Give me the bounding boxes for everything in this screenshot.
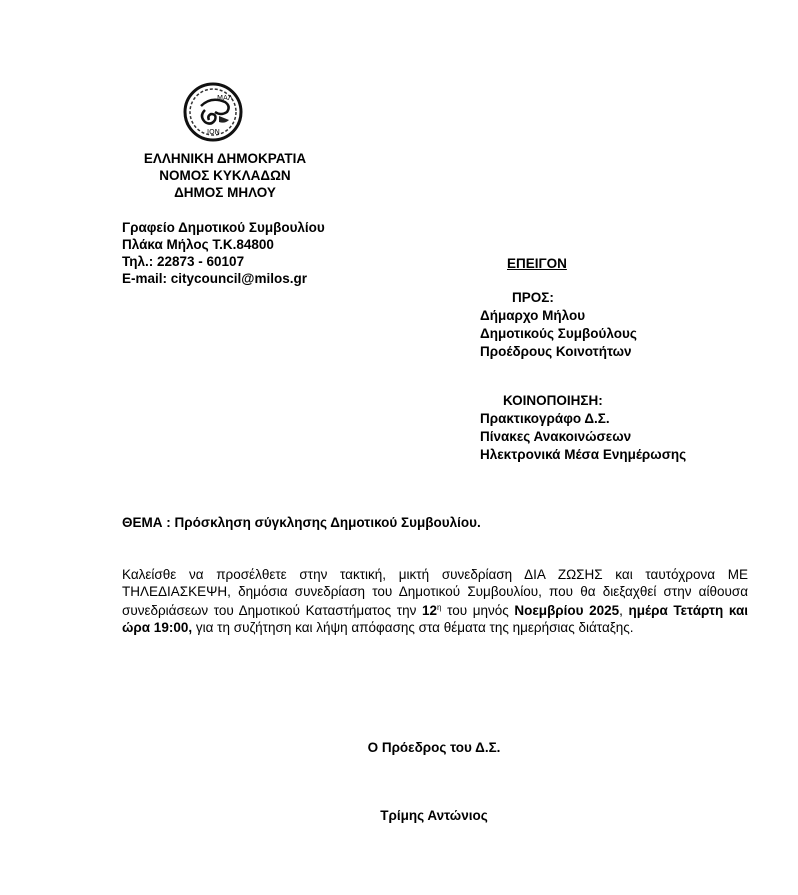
svg-text:ΙΟΝ: ΙΟΝ <box>207 128 220 136</box>
recipient-item: Δήμαρχο Μήλου <box>480 307 637 325</box>
office-phone: Τηλ.: 22873 - 60107 <box>122 253 325 270</box>
to-recipients: Δήμαρχο Μήλου Δημοτικούς Συμβούλους Προέ… <box>480 307 637 361</box>
municipality-name: ΔΗΜΟΣ ΜΗΛΟΥ <box>118 184 332 201</box>
body-text-3: , <box>619 603 628 618</box>
office-email: E-mail: citycouncil@milos.gr <box>122 270 325 287</box>
cc-item: Ηλεκτρονικά Μέσα Ενημέρωσης <box>480 446 686 464</box>
to-heading: ΠΡΟΣ: <box>512 290 554 305</box>
cc-item: Πρακτικογράφο Δ.Σ. <box>480 410 686 428</box>
svg-text:ΜΑΛ: ΜΑΛ <box>217 94 233 102</box>
signatory-name: Τρίμης Αντώνιος <box>0 808 798 823</box>
meeting-month-year: Νοεμβρίου 2025 <box>514 603 619 618</box>
office-name: Γραφείο Δημοτικού Συμβουλίου <box>122 219 325 236</box>
signatory-title: Ο Πρόεδρος του Δ.Σ. <box>0 740 798 755</box>
office-contact-block: Γραφείο Δημοτικού Συμβουλίου Πλάκα Μήλος… <box>122 219 325 287</box>
municipality-emblem: ΜΑΛ ΙΟΝ <box>181 80 245 144</box>
issuer-header: ΕΛΛΗΝΙΚΗ ΔΗΜΟΚΡΑΤΙΑ ΝΟΜΟΣ ΚΥΚΛΑΔΩΝ ΔΗΜΟΣ… <box>118 150 332 201</box>
office-address: Πλάκα Μήλος Τ.Κ.84800 <box>122 236 325 253</box>
invitation-body: Καλείσθε να προσέλθετε στην τακτική, μικ… <box>122 567 748 636</box>
subject-line: ΘΕΜΑ : Πρόσκληση σύγκλησης Δημοτικού Συμ… <box>122 515 481 530</box>
recipient-item: Δημοτικούς Συμβούλους <box>480 325 637 343</box>
body-text-2: του μηνός <box>441 603 514 618</box>
cc-item: Πίνακες Ανακοινώσεων <box>480 428 686 446</box>
body-text-4: για τη συζήτηση και λήψη απόφασης στα θέ… <box>192 620 633 635</box>
prefecture-name: ΝΟΜΟΣ ΚΥΚΛΑΔΩΝ <box>118 167 332 184</box>
cc-recipients: Πρακτικογράφο Δ.Σ. Πίνακες Ανακοινώσεων … <box>480 410 686 464</box>
country-name: ΕΛΛΗΝΙΚΗ ΔΗΜΟΚΡΑΤΙΑ <box>118 150 332 167</box>
meeting-day: 12 <box>422 603 437 618</box>
cc-heading: ΚΟΙΝΟΠΟΙΗΣΗ: <box>503 393 603 408</box>
recipient-item: Προέδρους Κοινοτήτων <box>480 343 637 361</box>
coin-emblem-icon: ΜΑΛ ΙΟΝ <box>181 80 245 144</box>
urgency-label: ΕΠΕΙΓΟΝ <box>507 256 567 271</box>
